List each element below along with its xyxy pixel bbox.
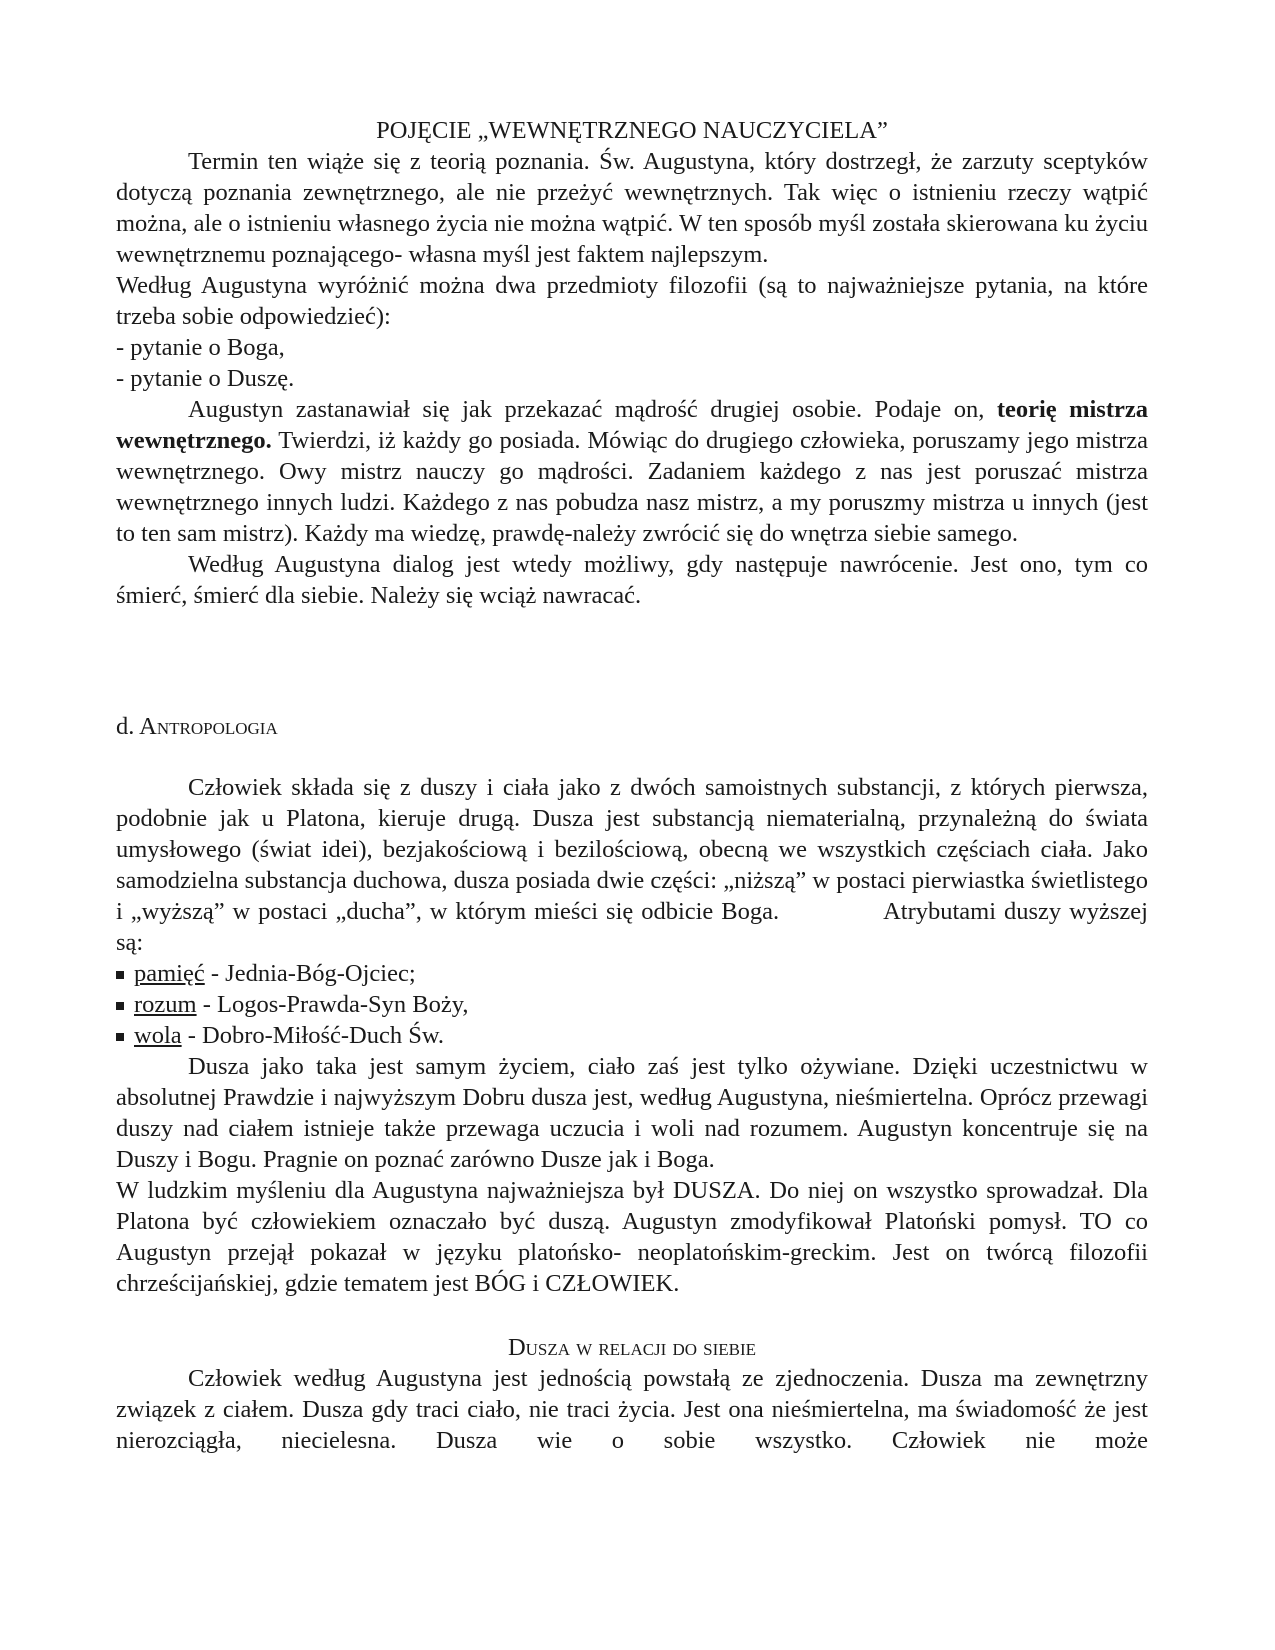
paragraph-soul-life: Dusza jako taka jest samym życiem, ciało… — [116, 1051, 1148, 1175]
paragraph-human-thinking: W ludzkim myśleniu dla Augustyna najważn… — [116, 1175, 1148, 1299]
attribute-item: rozum - Logos-Prawda-Syn Boży, — [116, 989, 1148, 1020]
paragraph-theory-of-knowledge: Termin ten wiąże się z teorią poznania. … — [116, 146, 1148, 270]
paragraph-human-unity: Człowiek według Augustyna jest jednością… — [116, 1363, 1148, 1456]
bullet-icon — [116, 1002, 124, 1010]
document-page: POJĘCIE „WEWNĘTRZNEGO NAUCZYCIELA” Termi… — [116, 115, 1148, 1456]
paragraph-two-subjects: Według Augustyna wyróżnić można dwa prze… — [116, 270, 1148, 332]
attributes-list: pamięć - Jednia-Bóg-Ojciec; rozum - Logo… — [116, 958, 1148, 1051]
paragraph-inner-master: Augustyn zastanawiał się jak przekazać m… — [116, 394, 1148, 549]
paragraph-soul-body: Człowiek składa się z duszy i ciała jako… — [116, 772, 1148, 958]
section-title-inner-teacher: POJĘCIE „WEWNĘTRZNEGO NAUCZYCIELA” — [116, 115, 1148, 146]
paragraph-dialog: Według Augustyna dialog jest wtedy możli… — [116, 549, 1148, 611]
attribute-item: wola - Dobro-Miłość-Duch Św. — [116, 1020, 1148, 1051]
question-item: pytanie o Boga, — [116, 332, 1148, 363]
attribute-item: pamięć - Jednia-Bóg-Ojciec; — [116, 958, 1148, 989]
section-heading-soul-relation: Dusza w relacji do siebie — [116, 1332, 1148, 1363]
section-heading-anthropology: d. Antropologia — [116, 711, 1148, 742]
question-item: pytanie o Duszę. — [116, 363, 1148, 394]
bullet-icon — [116, 971, 124, 979]
questions-list: pytanie o Boga, pytanie o Duszę. — [116, 332, 1148, 394]
bullet-icon — [116, 1033, 124, 1041]
